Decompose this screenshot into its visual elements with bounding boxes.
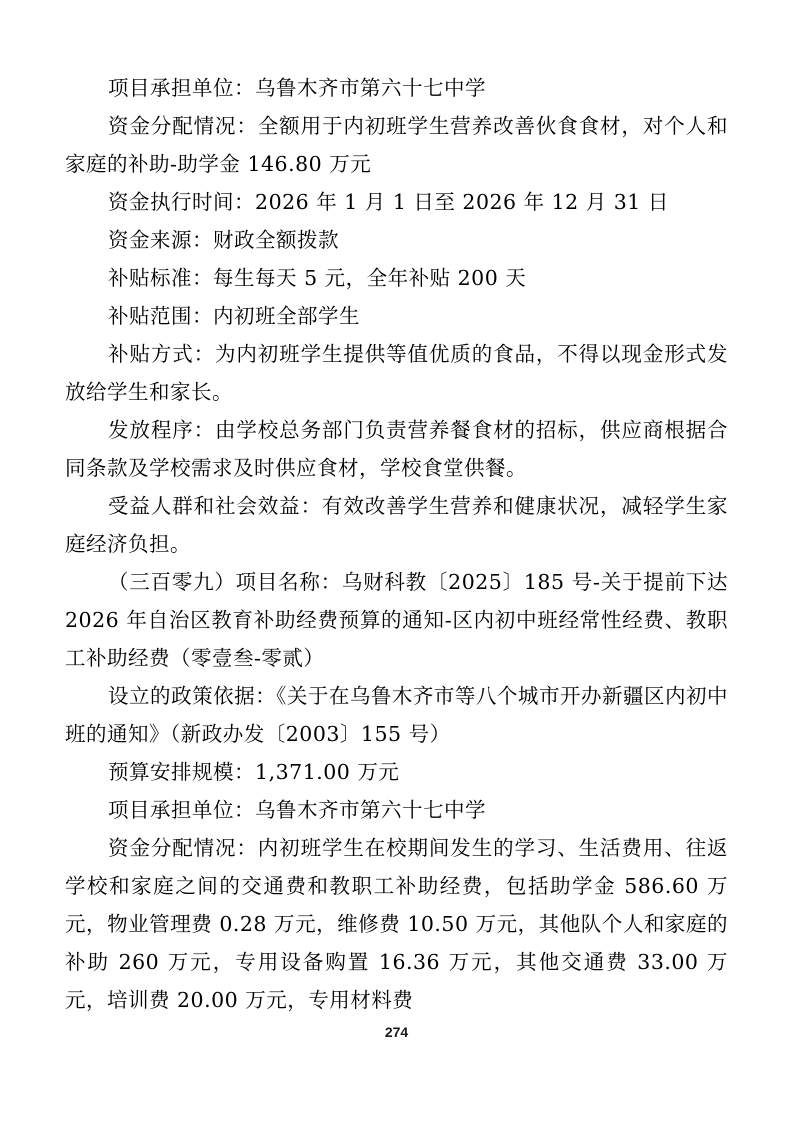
paragraph-budget-scale: 预算安排规模：1,371.00 万元 (65, 753, 728, 791)
paragraph-project-unit: 项目承担单位：乌鲁木齐市第六十七中学 (65, 69, 728, 107)
paragraph-subsidy-standard: 补贴标准：每生每天 5 元，全年补贴 200 天 (65, 259, 728, 297)
paragraph-execution-period: 资金执行时间：2026 年 1 月 1 日至 2026 年 12 月 31 日 (65, 183, 728, 221)
paragraph-project-unit-2: 项目承担单位：乌鲁木齐市第六十七中学 (65, 791, 728, 829)
paragraph-fund-allocation: 资金分配情况：全额用于内初班学生营养改善伙食食材，对个人和家庭的补助-助学金 1… (65, 107, 728, 183)
paragraph-fund-source: 资金来源：财政全额拨款 (65, 221, 728, 259)
paragraph-distribution-procedure: 发放程序：由学校总务部门负责营养餐食材的招标，供应商根据合同条款及学校需求及时供… (65, 411, 728, 487)
paragraph-policy-basis: 设立的政策依据：《关于在乌鲁木齐市等八个城市开办新疆区内初中班的通知》（新政办发… (65, 677, 728, 753)
page-number: 274 (385, 1024, 408, 1040)
paragraph-fund-allocation-2: 资金分配情况：内初班学生在校期间发生的学习、生活费用、往返学校和家庭之间的交通费… (65, 829, 728, 1019)
paragraph-subsidy-scope: 补贴范围：内初班全部学生 (65, 297, 728, 335)
paragraph-project-309-name: （三百零九）项目名称：乌财科教〔2025〕185 号-关于提前下达 2026 年… (65, 563, 728, 677)
document-page: 项目承担单位：乌鲁木齐市第六十七中学 资金分配情况：全额用于内初班学生营养改善伙… (0, 0, 793, 1122)
page-footer: 274 (0, 1022, 793, 1041)
paragraph-subsidy-method: 补贴方式：为内初班学生提供等值优质的食品，不得以现金形式发放给学生和家长。 (65, 335, 728, 411)
document-body: 项目承担单位：乌鲁木齐市第六十七中学 资金分配情况：全额用于内初班学生营养改善伙… (65, 69, 728, 1019)
paragraph-beneficiaries: 受益人群和社会效益：有效改善学生营养和健康状况，减轻学生家庭经济负担。 (65, 487, 728, 563)
